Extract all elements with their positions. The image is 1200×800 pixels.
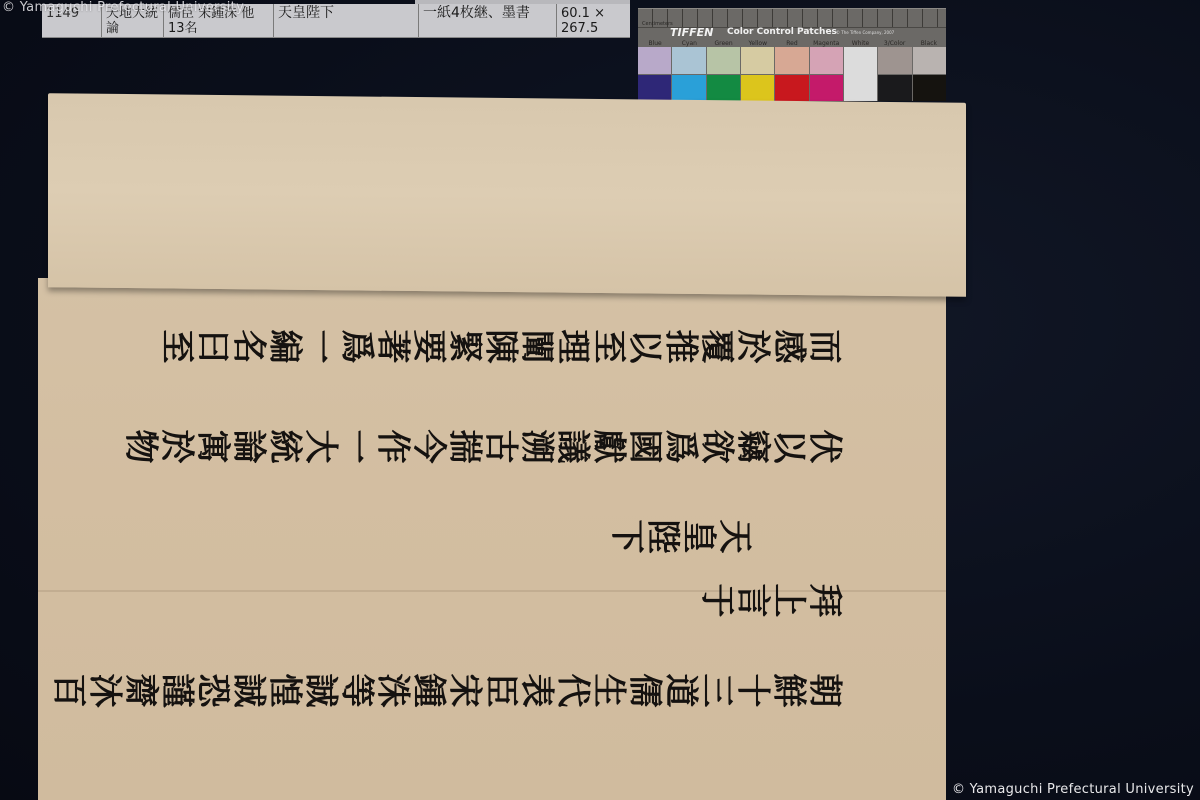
card-title: Color Control Patches bbox=[727, 27, 837, 37]
color-patch bbox=[672, 47, 705, 74]
document-format: 一紙4枚継、墨書 bbox=[419, 4, 557, 37]
patch-label: 3/Color bbox=[878, 40, 912, 47]
patch-label: Red bbox=[775, 40, 809, 47]
brand-logo: TIFFEN bbox=[670, 26, 713, 39]
color-patch bbox=[672, 75, 705, 102]
text-line-4: 伏以竊欲爲國獻議溯古揣今作一大統論寓於物 bbox=[126, 416, 846, 476]
patch-label: White bbox=[843, 40, 877, 47]
color-patch bbox=[638, 47, 671, 74]
text-line-3: 天皇陛下 bbox=[612, 506, 756, 566]
patch-label: Magenta bbox=[809, 40, 843, 47]
color-patch bbox=[775, 47, 808, 74]
color-patch bbox=[707, 75, 740, 102]
color-patch bbox=[878, 75, 911, 102]
text-line-5: 而感於覆推以至理闡陳緊要著爲一編名曰至 bbox=[162, 316, 846, 376]
patch-label: Cyan bbox=[672, 40, 706, 47]
color-patch bbox=[913, 75, 946, 102]
copyright-watermark-top: © Yamaguchi Prefectural University bbox=[2, 0, 244, 15]
calligraphy-character: 百 bbox=[48, 672, 97, 708]
color-patch bbox=[878, 47, 911, 74]
color-patch bbox=[810, 47, 843, 74]
card-copyright: © The Tiffen Company, 2007 bbox=[836, 30, 894, 35]
color-patch bbox=[741, 47, 774, 74]
color-patch bbox=[707, 47, 740, 74]
text-line-1: 朝鮮十三道儒生代表臣宋鍾洙等誠惶誠恐謹齋沐百 bbox=[54, 660, 846, 720]
patch-label: Green bbox=[706, 40, 740, 47]
patch-label: Yellow bbox=[741, 40, 775, 47]
color-patch bbox=[844, 47, 877, 101]
document-addressee: 天皇陛下 bbox=[274, 4, 419, 37]
color-patch bbox=[741, 75, 774, 102]
patch-label: Black bbox=[912, 40, 946, 47]
color-patch bbox=[913, 47, 946, 74]
color-patches bbox=[638, 47, 946, 101]
ruler-label: Centimeters bbox=[642, 21, 673, 27]
color-control-card: Centimeters TIFFEN Color Control Patches… bbox=[638, 8, 946, 101]
patch-labels: Blue Cyan Green Yellow Red Magenta White… bbox=[638, 40, 946, 47]
document-paper: 朝鮮十三道儒生代表臣宋鍾洙等誠惶誠恐謹齋沐百 拜上言于 天皇陛下 伏以竊欲爲國獻… bbox=[38, 278, 946, 800]
calligraphy-character: 下 bbox=[606, 518, 655, 554]
text-line-2: 拜上言于 bbox=[702, 570, 846, 630]
document-size: 60.1 × 267.5 bbox=[557, 4, 630, 37]
color-patch bbox=[638, 75, 671, 102]
paper-folded-flap bbox=[48, 93, 966, 297]
calligraphy-character: 于 bbox=[696, 582, 745, 618]
calligraphy-character: 物 bbox=[120, 428, 169, 464]
calligraphy-character: 至 bbox=[156, 328, 205, 364]
patch-label: Blue bbox=[638, 40, 672, 47]
color-patch bbox=[775, 75, 808, 102]
copyright-watermark-bottom: © Yamaguchi Prefectural University bbox=[952, 782, 1194, 797]
color-patch bbox=[810, 75, 843, 102]
